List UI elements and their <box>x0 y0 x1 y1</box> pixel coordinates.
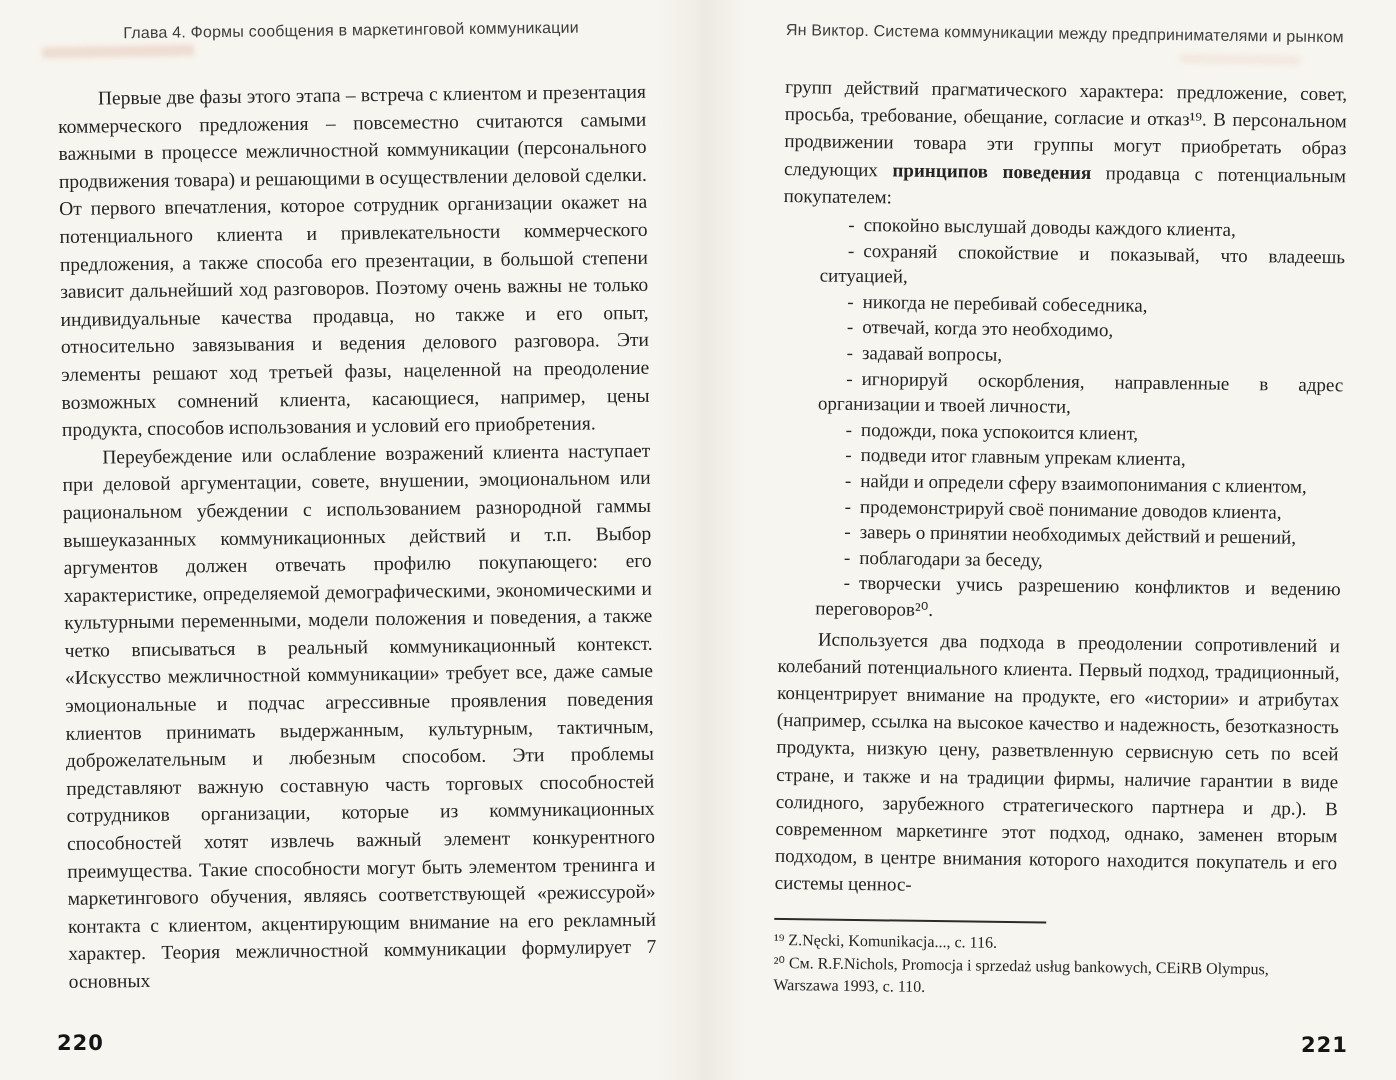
bullet-dash: - <box>846 368 853 389</box>
right-page: Ян Виктор. Система коммуникации между пр… <box>773 22 1348 1005</box>
list-item: -игнорируй оскорбления, направленные в а… <box>781 366 1344 425</box>
footnote-block: ¹⁹ Z.Nęcki, Komunikacja..., с. 116. ²⁰ С… <box>773 917 1336 1003</box>
right-page-body: групп действий прагматического характера… <box>773 74 1347 1003</box>
list-item-text: заверь о принятии необходимых действий и… <box>860 522 1297 549</box>
left-page: Глава 4. Формы сообщения в маркетинговой… <box>57 19 657 997</box>
page-gutter-shadow <box>655 0 745 1080</box>
bullet-dash: - <box>845 471 852 492</box>
bullet-dash: - <box>848 215 855 236</box>
list-item-text: сохраняй спокойствие и показывай, что вл… <box>820 241 1346 288</box>
bullet-dash: - <box>847 343 854 364</box>
paragraph: Переубеждение или ослабление возражений … <box>62 438 657 997</box>
bullet-dash: - <box>848 240 855 261</box>
bullet-dash: - <box>844 573 851 594</box>
intro-bold-phrase: принципов поведения <box>892 160 1091 184</box>
footnote-divider <box>774 917 1046 923</box>
bullet-dash: - <box>847 292 854 313</box>
left-page-number: 220 <box>57 1031 104 1055</box>
bullet-dash: - <box>846 420 853 441</box>
list-item-text: отвечай, когда это необходимо, <box>862 317 1113 341</box>
intro-paragraph: групп действий прагматического характера… <box>784 74 1348 217</box>
footnote: ²⁰ См. R.F.Nichols, Promocja i sprzedaż … <box>773 953 1336 1003</box>
bullet-dash: - <box>847 317 854 338</box>
principles-list: -спокойно выслушай доводы каждого клиент… <box>778 212 1345 629</box>
list-item-text: творчески учись разрешению конфликтов и … <box>815 573 1341 621</box>
right-page-number: 221 <box>1301 1033 1348 1057</box>
list-item-text: спокойно выслушай доводы каждого клиента… <box>864 215 1236 241</box>
list-item-text: найди и определи сферу взаимопонимания с… <box>860 471 1307 498</box>
right-running-head: Ян Виктор. Система коммуникации между пр… <box>786 22 1348 47</box>
bullet-dash: - <box>845 445 852 466</box>
bullet-dash: - <box>845 496 852 517</box>
list-item-text: игнорируй оскорбления, направленные в ад… <box>818 369 1344 418</box>
paragraph: Первые две фазы этого этапа – встреча с … <box>58 79 650 445</box>
list-item-text: продемонстрируй своё понимание доводов к… <box>860 497 1282 524</box>
list-item-text: задавай вопросы, <box>862 343 1002 366</box>
left-running-head: Глава 4. Формы сообщения в маркетинговой… <box>57 19 645 44</box>
bullet-dash: - <box>844 522 851 543</box>
list-item-text: подведи итог главным упрекам клиента, <box>861 445 1186 470</box>
list-item-text: подожди, пока успокоится клиент, <box>861 420 1138 445</box>
closing-paragraph: Используется два подхода в преодолении с… <box>775 625 1341 904</box>
list-item-text: никогда не перебивай собеседника, <box>863 292 1148 317</box>
footnotes: ¹⁹ Z.Nęcki, Komunikacja..., с. 116. ²⁰ С… <box>773 929 1336 1003</box>
bullet-dash: - <box>844 548 851 569</box>
list-item: -сохраняй спокойствие и показывай, что в… <box>783 238 1346 297</box>
list-item-text: поблагодари за беседу, <box>859 548 1043 571</box>
list-item: -творчески учись разрешению конфликтов и… <box>778 570 1341 629</box>
left-page-body: Первые две фазы этого этапа – встреча с … <box>58 79 657 997</box>
